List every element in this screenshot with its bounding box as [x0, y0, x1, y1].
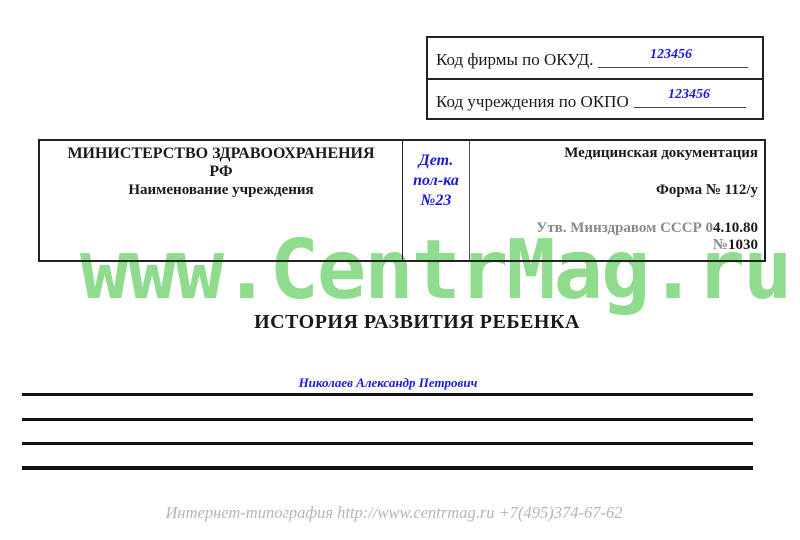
ministry-cell: МИНИСТЕРСТВО ЗДРАВООХРАНЕНИЯ РФ Наименов… — [40, 141, 403, 260]
form-header-table: МИНИСТЕРСТВО ЗДРАВООХРАНЕНИЯ РФ Наименов… — [38, 139, 766, 262]
approval-line: Утв. Минздравом СССР 04.10.80 — [471, 219, 764, 237]
blank-line-4[interactable] — [22, 466, 753, 470]
form-info-cell: Медицинская документация Форма № 112/у У… — [471, 141, 764, 260]
approval-number-line: №1030 — [471, 237, 764, 253]
ministry-name-line2: РФ — [40, 163, 402, 181]
okpo-underline — [634, 107, 746, 108]
blank-line-1[interactable] — [22, 393, 753, 396]
okud-row: Код фирмы по ОКУД. 123456 — [428, 38, 762, 80]
organization-codes-box: Код фирмы по ОКУД. 123456 Код учреждения… — [426, 36, 764, 120]
okpo-value[interactable]: 123456 — [668, 88, 710, 102]
approval-date: 4.10.80 — [713, 220, 758, 236]
ministry-name-line1: МИНИСТЕРСТВО ЗДРАВООХРАНЕНИЯ — [40, 145, 402, 163]
approval-prefix: Утв. Минздравом СССР 0 — [536, 220, 713, 236]
okud-underline — [598, 67, 748, 68]
printer-footer: Интернет-типография http://www.centrmag.… — [0, 503, 788, 523]
number-sign: № — [713, 237, 728, 253]
patient-name-field[interactable]: Николаев Александр Петрович — [0, 375, 776, 391]
approval-number: 1030 — [728, 237, 758, 253]
okpo-row: Код учреждения по ОКПО 123456 — [428, 80, 762, 120]
department-line: №23 — [403, 191, 469, 211]
department-line: Дет. — [403, 151, 469, 171]
document-type: Медицинская документация — [471, 145, 764, 162]
form-number: Форма № 112/у — [471, 182, 764, 199]
blank-line-3[interactable] — [22, 442, 753, 445]
department-cell: Дет. пол-ка №23 — [403, 141, 470, 260]
department-line: пол-ка — [403, 171, 469, 191]
okpo-label: Код учреждения по ОКПО — [436, 82, 629, 122]
institution-label: Наименование учреждения — [40, 181, 402, 199]
okud-label: Код фирмы по ОКУД. — [436, 40, 593, 80]
blank-line-2[interactable] — [22, 418, 753, 421]
okud-value[interactable]: 123456 — [650, 48, 692, 62]
